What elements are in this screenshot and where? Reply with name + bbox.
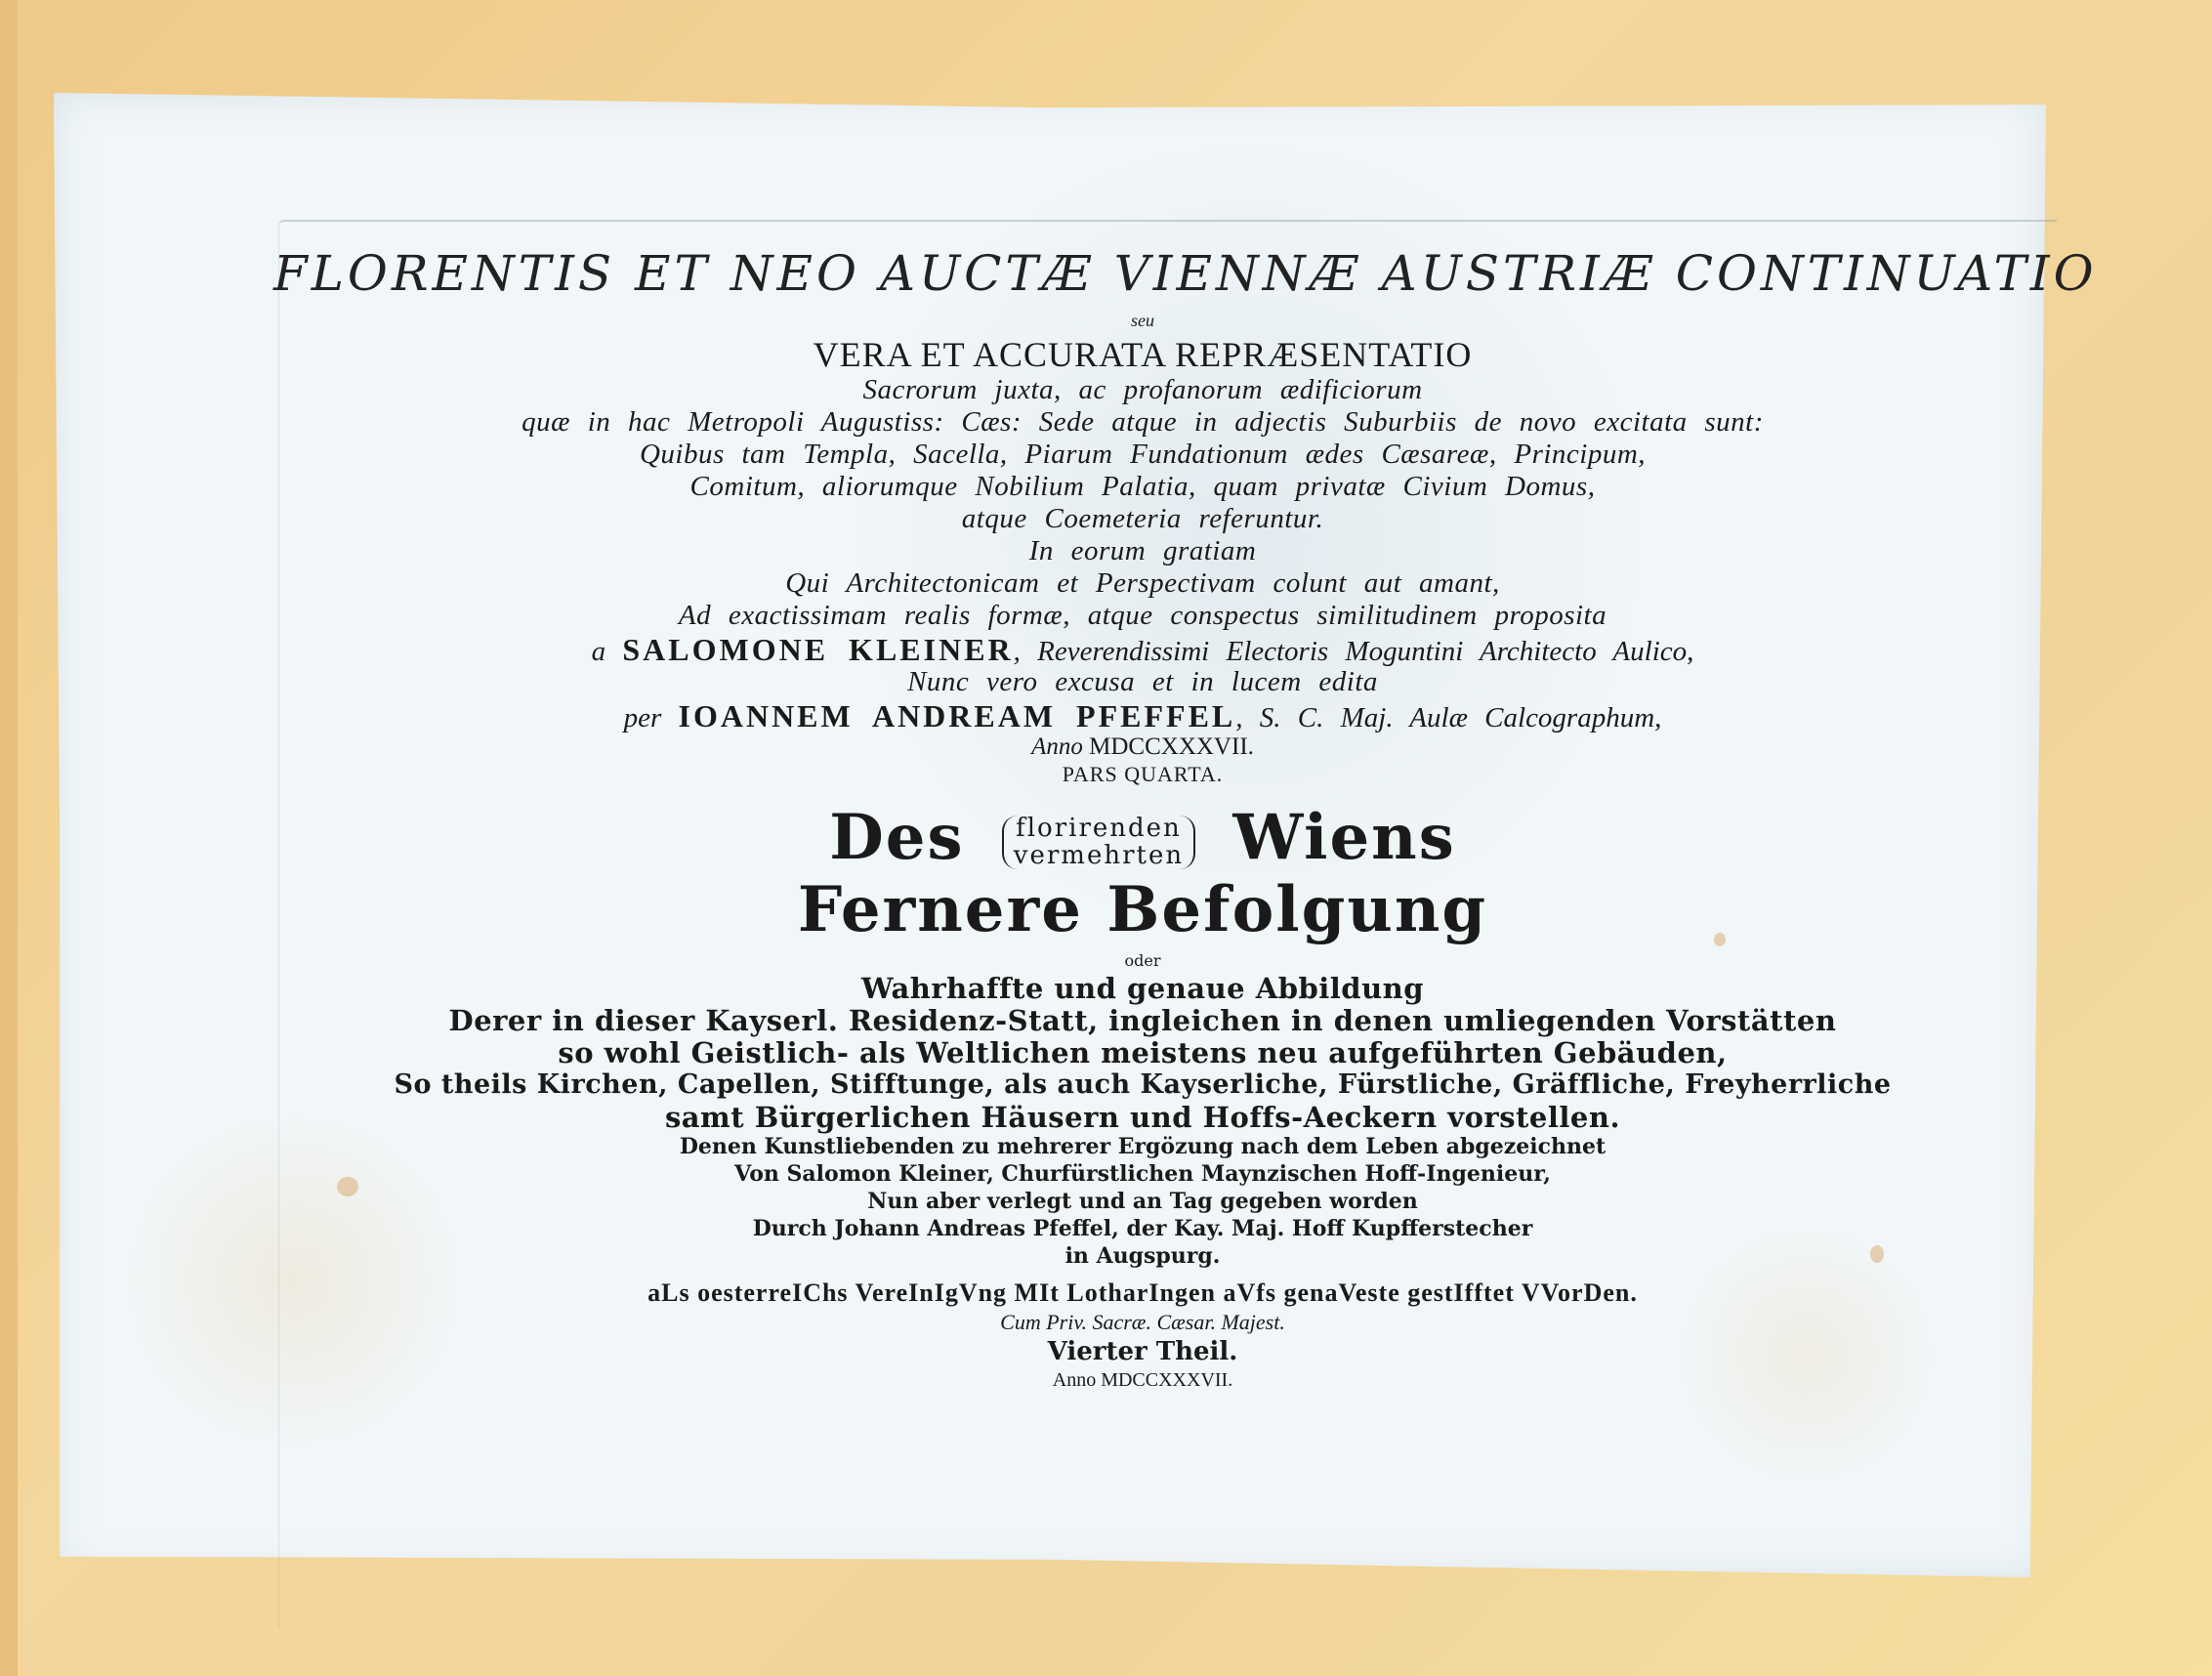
pars-quarta: PARS QUARTA.	[273, 764, 2012, 793]
anno-label: Anno	[1031, 733, 1083, 760]
seu-connector: seu	[273, 312, 2012, 333]
author-prefix: a	[592, 636, 606, 667]
german-heading-1: Des florirenden vermehrten Wiens	[273, 807, 2012, 879]
german-line: samt Bürgerlichen Häusern und Hoffs-Aeck…	[273, 1104, 2012, 1136]
german-small-line: Von Salomon Kleiner, Churfürstlichen May…	[273, 1163, 2012, 1191]
latin-line: atque Coemeteria referuntur.	[273, 505, 2012, 537]
final-anno: Anno MDCCXXXVII.	[273, 1370, 2012, 1396]
author-name: SALOMONE KLEINER	[622, 632, 1013, 667]
brace-option: vermehrten	[1014, 843, 1184, 869]
wiens-word: Wiens	[1232, 801, 1455, 874]
latin-line: Quibus tam Templa, Sacella, Piarum Funda…	[273, 440, 2012, 473]
publisher-title: , S. C. Maj. Aulæ Calcographum,	[1235, 702, 1661, 733]
german-small-line: in Augspurg.	[273, 1245, 2012, 1273]
german-line: Derer in dieser Kayserl. Residenz-Statt,…	[273, 1007, 2012, 1039]
latin-subtitle: VERA ET ACCURATA REPRÆSENTATIO	[273, 337, 2012, 376]
german-line: So theils Kirchen, Capellen, Stifftunge,…	[273, 1071, 2012, 1104]
chronogram-line: aLs oesterreIChs VereInIgVng MIt LotharI…	[273, 1280, 2012, 1312]
publisher-line: per IOANNEM ANDREAM PFEFFEL, S. C. Maj. …	[273, 700, 2012, 734]
german-small-line: Nun aber verlegt und an Tag gegeben word…	[273, 1191, 2012, 1218]
author-title: , Reverendissimi Electoris Moguntini Arc…	[1014, 636, 1694, 667]
german-line: Wahrhaffte und genaue Abbildung	[273, 975, 2012, 1007]
german-heading-2: Fernere Befolgung	[273, 879, 2012, 951]
publisher-name: IOANNEM ANDREAM PFEFFEL	[679, 698, 1236, 733]
german-small-line: Durch Johann Andreas Pfeffel, der Kay. M…	[273, 1218, 2012, 1245]
latin-anno: Anno MDCCXXXVII.	[273, 734, 2012, 764]
des-word: Des	[829, 801, 964, 874]
brace-alternatives: florirenden vermehrten	[1002, 816, 1195, 869]
latin-line: In eorum gratiam	[273, 537, 2012, 569]
publisher-prefix: per	[624, 702, 662, 733]
edita-line: Nunc vero excusa et in lucem edita	[273, 668, 2012, 700]
latin-line: Comitum, aliorumque Nobilium Palatia, qu…	[273, 473, 2012, 505]
latin-line: Sacrorum juxta, ac profanorum ædificioru…	[273, 376, 2012, 408]
latin-line: Ad exactissimam realis formæ, atque cons…	[273, 602, 2012, 634]
part-line: Vierter Theil.	[273, 1339, 2012, 1370]
author-line: a SALOMONE KLEINER, Reverendissimi Elect…	[273, 634, 2012, 668]
latin-line: Qui Architectonicam et Perspectivam colu…	[273, 569, 2012, 602]
latin-line: quæ in hac Metropoli Augustiss: Cæs: Sed…	[273, 408, 2012, 440]
anno-year: MDCCXXXVII.	[1089, 733, 1254, 760]
album-mount-edge	[0, 0, 18, 1676]
privilege-line: Cum Priv. Sacræ. Cæsar. Majest.	[273, 1312, 2012, 1339]
latin-title: FLORENTIS ET NEO AUCTÆ VIENNÆ AUSTRIÆ CO…	[273, 249, 2012, 308]
title-page-text: FLORENTIS ET NEO AUCTÆ VIENNÆ AUSTRIÆ CO…	[273, 249, 2012, 1396]
german-small-line: Denen Kunstliebenden zu mehrerer Ergözun…	[273, 1136, 2012, 1163]
german-line: so wohl Geistlich- als Weltlichen meiste…	[273, 1039, 2012, 1071]
brace-option: florirenden	[1014, 816, 1184, 842]
